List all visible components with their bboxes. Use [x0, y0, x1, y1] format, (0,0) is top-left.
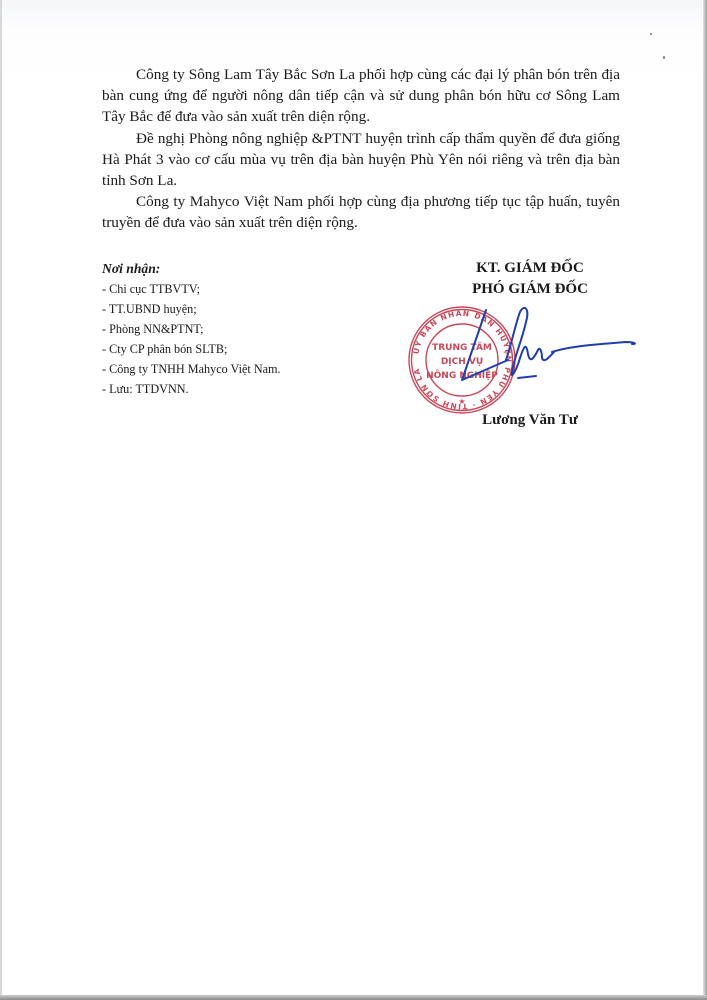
signature-title-line2: PHÓ GIÁM ĐỐC: [420, 279, 640, 300]
recipient-item: - Lưu: TTDVNN.: [102, 379, 281, 399]
signature-title-line1: KT. GIÁM ĐỐC: [420, 258, 640, 279]
recipients-list: - Chi cục TTBVTV; - TT.UBND huyện; - Phò…: [102, 279, 281, 399]
recipient-item: - Phòng NN&PTNT;: [102, 319, 281, 339]
recipients-block: Nơi nhận: - Chi cục TTBVTV; - TT.UBND hu…: [102, 259, 281, 399]
body-text: Công ty Sông Lam Tây Bắc Sơn La phối hợp…: [102, 64, 620, 234]
signature-block: KT. GIÁM ĐỐC PHÓ GIÁM ĐỐC UỶ BAN NHÂN DÂ…: [420, 258, 640, 430]
scan-speck: [663, 56, 665, 59]
scan-speck: [650, 33, 652, 35]
recipients-title: Nơi nhận:: [102, 259, 281, 279]
recipient-item: - Công ty TNHH Mahyco Việt Nam.: [102, 359, 281, 379]
scan-edge-bottom: [0, 995, 707, 1000]
scan-edge-right: [703, 0, 707, 1000]
paragraph: Công ty Mahyco Việt Nam phối hợp cùng đị…: [102, 191, 620, 233]
handwritten-signature-icon: [420, 302, 660, 412]
paragraph: Công ty Sông Lam Tây Bắc Sơn La phối hợp…: [102, 64, 620, 128]
recipient-item: - TT.UBND huyện;: [102, 299, 281, 319]
document-page: Công ty Sông Lam Tây Bắc Sơn La phối hợp…: [0, 0, 707, 1000]
stamp-area: UỶ BAN NHÂN DÂN HUYỆN PHÙ YÊN · TỈNH SƠN…: [420, 302, 640, 410]
scan-edge-left: [0, 0, 2, 1000]
paragraph: Đề nghị Phòng nông nghiệp &PTNT huyện tr…: [102, 128, 620, 192]
recipient-item: - Chi cục TTBVTV;: [102, 279, 281, 299]
recipient-item: - Cty CP phân bón SLTB;: [102, 339, 281, 359]
